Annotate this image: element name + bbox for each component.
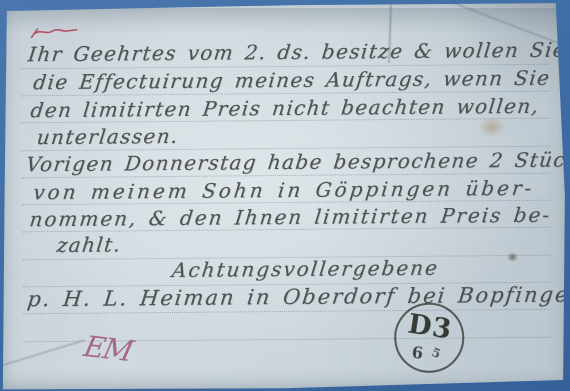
monogram-mark: EM: [81, 329, 135, 368]
postcard-content: Ihr Geehrtes vom 2. ds. besitze & wollen…: [0, 0, 570, 391]
handwriting-line: den limitirten Preis nicht beachten woll…: [29, 94, 540, 122]
closing-line: Achtungsvollergebene: [171, 256, 441, 282]
handwriting-line: die Effectuirung meines Auftrags, wenn S…: [32, 66, 552, 95]
signature-line: p. H. L. Heiman in Oberdorf bei Bopfinge…: [26, 282, 570, 311]
handwriting-line: zahlt.: [56, 232, 123, 257]
handwriting-line: nommen, & den Ihnen limitirten Preis be-: [28, 203, 552, 232]
postmark-date-digit: 6: [411, 343, 424, 363]
postmark-date-digit: 5: [430, 345, 443, 361]
postcard-paper: Ihr Geehrtes vom 2. ds. besitze & wollen…: [0, 0, 570, 391]
handwriting-line: Ihr Geehrtes vom 2. ds. besitze & wollen…: [27, 38, 568, 67]
handwriting-line: unterlassen.: [36, 124, 181, 149]
handwriting-line: von meinem Sohn in Göppingen über-: [32, 176, 536, 204]
postmark-code: D3: [406, 308, 454, 345]
red-pen-mark-icon: [29, 25, 81, 41]
handwriting-line: Vorigen Donnerstag habe besprochene 2 St…: [25, 147, 570, 176]
photo-backdrop: { "scene": { "description": "Scanned his…: [0, 0, 570, 391]
